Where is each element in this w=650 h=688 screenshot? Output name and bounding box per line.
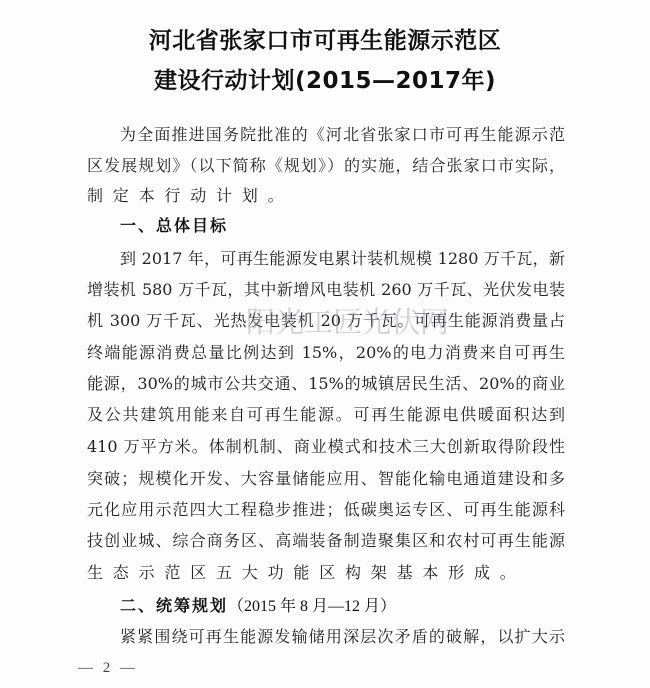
paragraph-line: 生态示范区五大功能区构架基本形成。 (87, 563, 565, 583)
paragraph-line: 制定本行动计划。 (87, 186, 565, 206)
paragraph-line: 到 2017 年，可再生能源发电累计装机规模 1280 万千瓦，新 (120, 249, 565, 269)
paragraph-line: 为全面推进国务院批准的《河北省张家口市可再生能源示范 (120, 125, 565, 145)
paragraph-line: 元化应用示范四大工程稳步推进；低碳奥运专区、可再生能源科 (87, 500, 565, 520)
document-title-line-2: 建设行动计划(2015—2017年) (0, 62, 650, 95)
document-title-line-1: 河北省张家口市可再生能源示范区 (0, 22, 650, 55)
paragraph-line: 终端能源消费总量比例达到 15%，20%的电力消费来自可再生 (87, 343, 565, 363)
paragraph-line: 能源，30%的城市公共交通、15%的城镇居民生活、20%的商业 (87, 374, 565, 394)
paragraph-line: 突破；规模化开发、大容量储能应用、智能化输电通道建设和多 (87, 469, 565, 489)
paragraph-line: 增装机 580 万千瓦，其中新增风电装机 260 万千瓦、光伏发电装 (87, 280, 565, 300)
paragraph-line: 区发展规划》（以下简称《规划》）的实施，结合张家口市实际， (87, 156, 565, 176)
paragraph-line: 机 300 万千瓦、光热发电装机 20 万千瓦。可再生能源消费量占 (87, 311, 565, 331)
section-heading-text: 二、统筹规划 (120, 596, 228, 615)
section-heading-overall-planning: 二、统筹规划（2015 年 8 月—12 月） (120, 596, 396, 617)
section-heading-date: （2015 年 8 月—12 月） (228, 598, 396, 615)
page-number: — 2 — (78, 660, 138, 677)
paragraph-line: 紧紧围绕可再生能源发输储用深层次矛盾的破解，以扩大示 (120, 627, 565, 647)
paragraph-line: 410 万平方米。体制机制、商业模式和技术三大创新取得阶段性 (87, 437, 565, 457)
document-page: 河北省张家口市可再生能源示范区 建设行动计划(2015—2017年) 为全面推进… (0, 0, 650, 688)
section-heading-overall-goals: 一、总体目标 (120, 216, 228, 236)
paragraph-line: 技创业城、综合商务区、高端装备制造聚集区和农村可再生能源 (87, 531, 565, 551)
paragraph-line: 及公共建筑用能来自可再生能源。可再生能源电供暖面积达到 (87, 405, 565, 425)
